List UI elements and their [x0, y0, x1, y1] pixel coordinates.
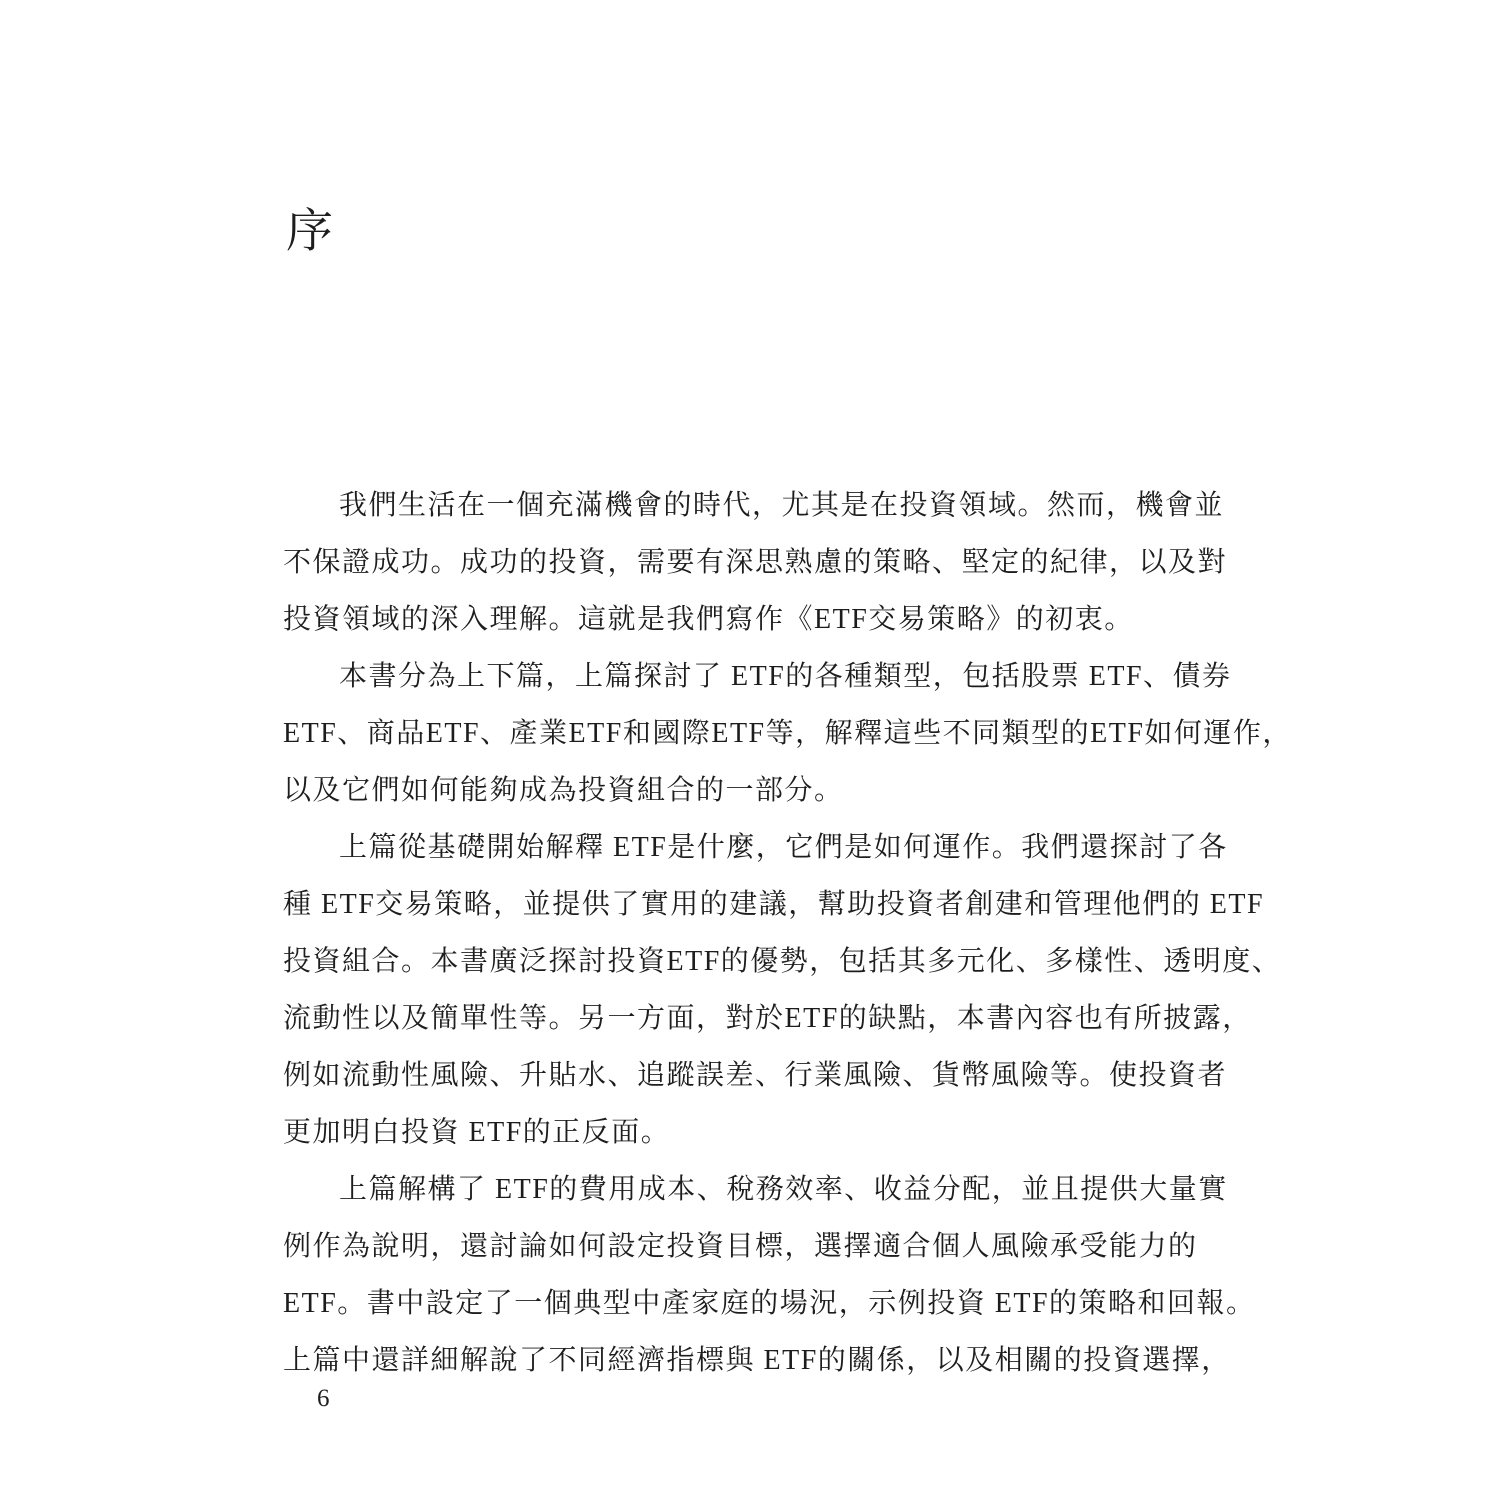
text-line: 投資組合。本書廣泛探討投資ETF的優勢，包括其多元化、多樣性、透明度、: [283, 933, 1157, 990]
chapter-title: 序: [286, 202, 335, 262]
text-line: 我們生活在一個充滿機會的時代，尤其是在投資領域。然而，機會並: [283, 477, 1157, 534]
text-line: 本書分為上下篇，上篇探討了 ETF的各種類型，包括股票 ETF、債券: [283, 648, 1157, 705]
body-text: 我們生活在一個充滿機會的時代，尤其是在投資領域。然而，機會並 不保證成功。成功的…: [283, 477, 1157, 1389]
text-line: ETF。書中設定了一個典型中產家庭的場況，示例投資 ETF的策略和回報。: [283, 1275, 1157, 1332]
text-line: ETF、商品ETF、產業ETF和國際ETF等，解釋這些不同類型的ETF如何運作，: [283, 705, 1157, 762]
text-line: 例如流動性風險、升貼水、追蹤誤差、行業風險、貨幣風險等。使投資者: [283, 1047, 1157, 1104]
text-line: 上篇解構了 ETF的費用成本、稅務效率、收益分配，並且提供大量實: [283, 1161, 1157, 1218]
page-number: 6: [317, 1384, 330, 1414]
text-line: 更加明白投資 ETF的正反面。: [283, 1104, 1157, 1161]
text-line: 以及它們如何能夠成為投資組合的一部分。: [283, 762, 1157, 819]
text-line: 投資領域的深入理解。這就是我們寫作《ETF交易策略》的初衷。: [283, 591, 1157, 648]
book-page: 序 我們生活在一個充滿機會的時代，尤其是在投資領域。然而，機會並 不保證成功。成…: [0, 0, 1500, 1500]
text-line: 上篇從基礎開始解釋 ETF是什麼，它們是如何運作。我們還探討了各: [283, 819, 1157, 876]
text-line: 種 ETF交易策略，並提供了實用的建議，幫助投資者創建和管理他們的 ETF: [283, 876, 1157, 933]
text-line: 流動性以及簡單性等。另一方面，對於ETF的缺點，本書內容也有所披露，: [283, 990, 1157, 1047]
text-line: 例作為說明，還討論如何設定投資目標，選擇適合個人風險承受能力的: [283, 1218, 1157, 1275]
text-line: 不保證成功。成功的投資，需要有深思熟慮的策略、堅定的紀律，以及對: [283, 534, 1157, 591]
text-line: 上篇中還詳細解說了不同經濟指標與 ETF的關係，以及相關的投資選擇，: [283, 1332, 1157, 1389]
